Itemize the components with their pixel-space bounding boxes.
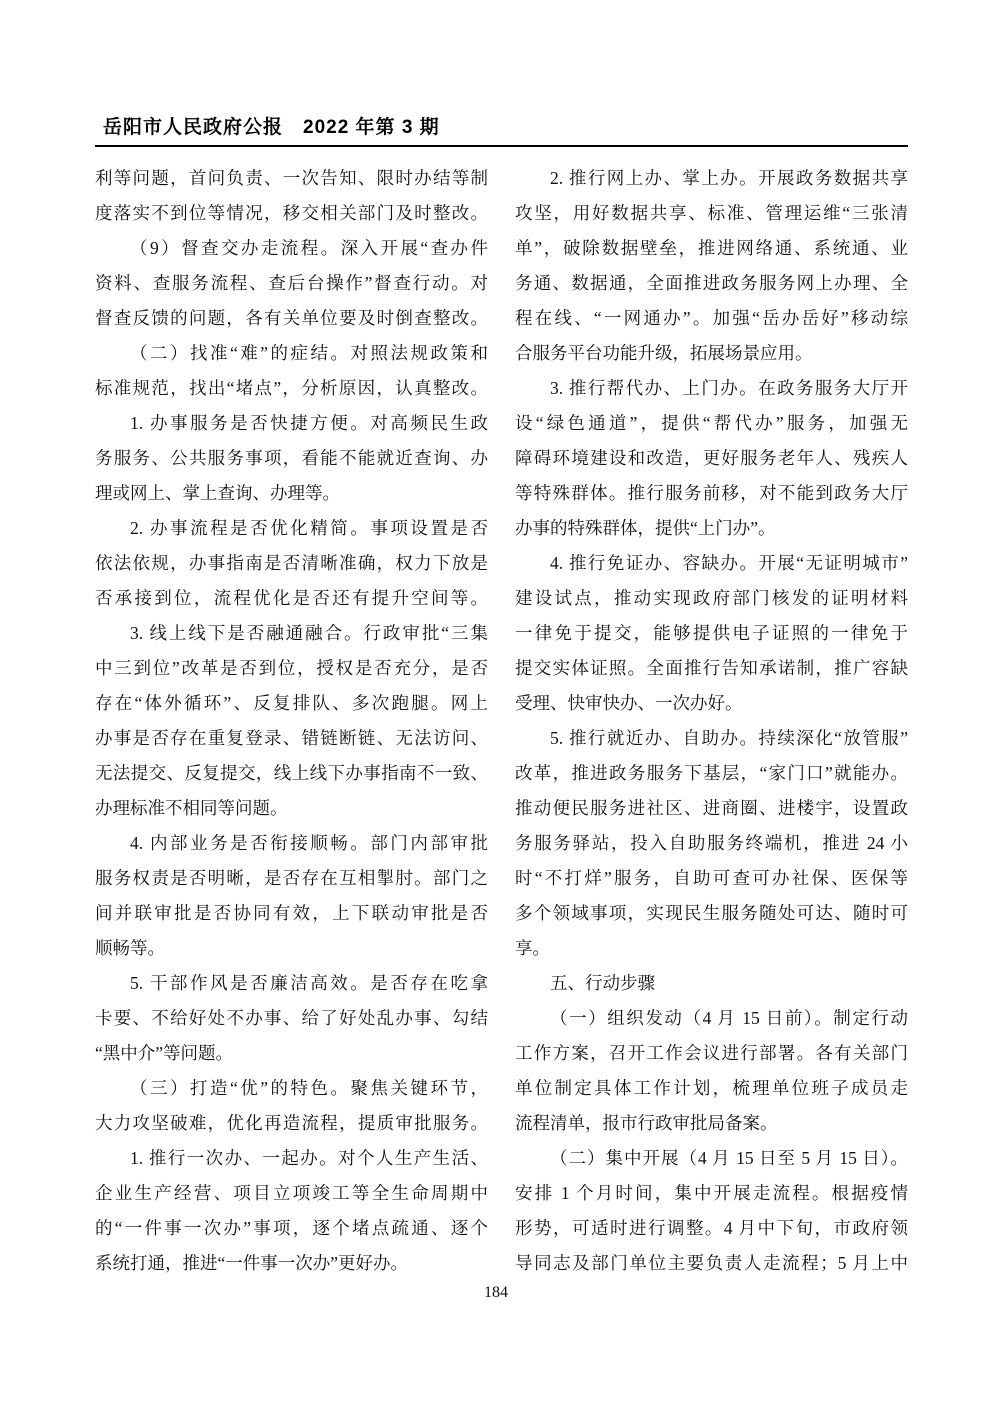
- text-line: 间并联审批是否协同有效，上下联动审批是否: [95, 896, 488, 931]
- text-line: 障碍环境建设和改造，更好服务老年人、残疾人: [515, 441, 908, 476]
- text-line: 导同志及部门单位主要负责人走流程；5 月上中: [515, 1246, 908, 1281]
- text-line: 时“不打烊”服务，自助可查可办社保、医保等: [515, 861, 908, 896]
- text-line: 5. 推行就近办、自助办。持续深化“放管服”: [515, 721, 908, 756]
- text-line: 享。: [515, 931, 908, 966]
- text-line: 形势，可适时进行调整。4 月中下旬，市政府领: [515, 1211, 908, 1246]
- text-line: 推动便民服务进社区、进商圈、进楼宇，设置政: [515, 791, 908, 826]
- text-line: 否承接到位，流程优化是否还有提升空间等。: [95, 581, 488, 616]
- text-line: 合服务平台功能升级，拓展场景应用。: [515, 336, 908, 371]
- text-line: （9）督查交办走流程。深入开展“查办件: [95, 231, 488, 266]
- text-line: 攻坚，用好数据共享、标准、管理运维“三张清: [515, 196, 908, 231]
- text-line: 卡要、不给好处不办事、给了好处乱办事、勾结: [95, 1001, 488, 1036]
- text-line: 安排 1 个月时间，集中开展走流程。根据疫情: [515, 1176, 908, 1211]
- page-number: 184: [0, 1284, 992, 1302]
- text-line: 4. 推行免证办、容缺办。开展“无证明城市”: [515, 546, 908, 581]
- text-line: 流程清单，报市行政审批局备案。: [515, 1106, 908, 1141]
- text-line: 务服务驿站，投入自助服务终端机，推进 24 小: [515, 826, 908, 861]
- text-line: 中三到位”改革是否到位，授权是否充分，是否: [95, 651, 488, 686]
- text-line: （一）组织发动（4 月 15 日前）。制定行动: [515, 1001, 908, 1036]
- right-column: 2. 推行网上办、掌上办。开展政务数据共享攻坚，用好数据共享、标准、管理运维“三…: [515, 161, 908, 1281]
- text-line: 3. 推行帮代办、上门办。在政务服务大厅开: [515, 371, 908, 406]
- text-line: 依法依规，办事指南是否清晰准确，权力下放是: [95, 546, 488, 581]
- text-line: 度落实不到位等情况，移交相关部门及时整改。: [95, 196, 488, 231]
- text-line: 办事是否存在重复登录、错链断链、无法访问、: [95, 721, 488, 756]
- text-line: 理或网上、掌上查询、办理等。: [95, 476, 488, 511]
- text-line: 4. 内部业务是否衔接顺畅。部门内部审批: [95, 826, 488, 861]
- text-line: 多个领域事项，实现民生服务随处可达、随时可: [515, 896, 908, 931]
- text-line: “黑中介”等问题。: [95, 1036, 488, 1071]
- text-line: 的“一件事一次办”事项，逐个堵点疏通、逐个: [95, 1211, 488, 1246]
- text-line: 无法提交、反复提交，线上线下办事指南不一致、: [95, 756, 488, 791]
- text-line: 服务权责是否明晰，是否存在互相掣肘。部门之: [95, 861, 488, 896]
- text-line: （三）打造“优”的特色。聚焦关键环节，: [95, 1071, 488, 1106]
- text-line: 办理标准不相同等问题。: [95, 791, 488, 826]
- text-line: 改革，推进政务服务下基层，“家门口”就能办。: [515, 756, 908, 791]
- text-line: （二）找准“难”的症结。对照法规政策和: [95, 336, 488, 371]
- text-columns: 利等问题，首问负责、一次告知、限时办结等制度落实不到位等情况，移交相关部门及时整…: [95, 161, 908, 1281]
- text-line: 受理、快审快办、一次办好。: [515, 686, 908, 721]
- document-page: 岳阳市人民政府公报 2022 年第 3 期 利等问题，首问负责、一次告知、限时办…: [0, 0, 992, 1403]
- text-line: 系统打通，推进“一件事一次办”更好办。: [95, 1246, 488, 1281]
- text-line: 等特殊群体。推行服务前移，对不能到政务大厅: [515, 476, 908, 511]
- text-line: 标准规范，找出“堵点”，分析原因，认真整改。: [95, 371, 488, 406]
- text-line: 程在线、“一网通办”。加强“岳办岳好”移动综: [515, 301, 908, 336]
- text-line: 大力攻坚破难，优化再造流程，提质审批服务。: [95, 1106, 488, 1141]
- text-line: 5. 干部作风是否廉洁高效。是否存在吃拿: [95, 966, 488, 1001]
- text-line: 督查反馈的问题，各有关单位要及时倒查整改。: [95, 301, 488, 336]
- text-line: 务服务、公共服务事项，看能不能就近查询、办: [95, 441, 488, 476]
- text-line: 五、行动步骤: [515, 966, 908, 1001]
- text-line: 提交实体证照。全面推行告知承诺制，推广容缺: [515, 651, 908, 686]
- text-line: 顺畅等。: [95, 931, 488, 966]
- text-line: 单位制定具体工作计划，梳理单位班子成员走: [515, 1071, 908, 1106]
- text-line: 设“绿色通道”，提供“帮代办”服务，加强无: [515, 406, 908, 441]
- text-line: 务通、数据通，全面推进政务服务网上办理、全: [515, 266, 908, 301]
- text-line: 工作方案，召开工作会议进行部署。各有关部门: [515, 1036, 908, 1071]
- text-line: 建设试点，推动实现政府部门核发的证明材料: [515, 581, 908, 616]
- text-line: 一律免于提交，能够提供电子证照的一律免于: [515, 616, 908, 651]
- text-line: 利等问题，首问负责、一次告知、限时办结等制: [95, 161, 488, 196]
- gazette-header-title: 岳阳市人民政府公报 2022 年第 3 期: [103, 112, 440, 139]
- text-line: 企业生产经营、项目立项竣工等全生命周期中: [95, 1176, 488, 1211]
- text-line: 办事的特殊群体，提供“上门办”。: [515, 511, 908, 546]
- text-line: 存在“体外循环”、反复排队、多次跑腿。网上: [95, 686, 488, 721]
- text-line: 1. 推行一次办、一起办。对个人生产生活、: [95, 1141, 488, 1176]
- left-column: 利等问题，首问负责、一次告知、限时办结等制度落实不到位等情况，移交相关部门及时整…: [95, 161, 488, 1281]
- text-line: 1. 办事服务是否快捷方便。对高频民生政: [95, 406, 488, 441]
- text-line: 单”，破除数据壁垒，推进网络通、系统通、业: [515, 231, 908, 266]
- header-divider: [95, 145, 908, 147]
- text-line: （二）集中开展（4 月 15 日至 5 月 15 日）。: [515, 1141, 908, 1176]
- text-line: 2. 办事流程是否优化精简。事项设置是否: [95, 511, 488, 546]
- text-line: 3. 线上线下是否融通融合。行政审批“三集: [95, 616, 488, 651]
- text-line: 资料、查服务流程、查后台操作”督查行动。对: [95, 266, 488, 301]
- text-line: 2. 推行网上办、掌上办。开展政务数据共享: [515, 161, 908, 196]
